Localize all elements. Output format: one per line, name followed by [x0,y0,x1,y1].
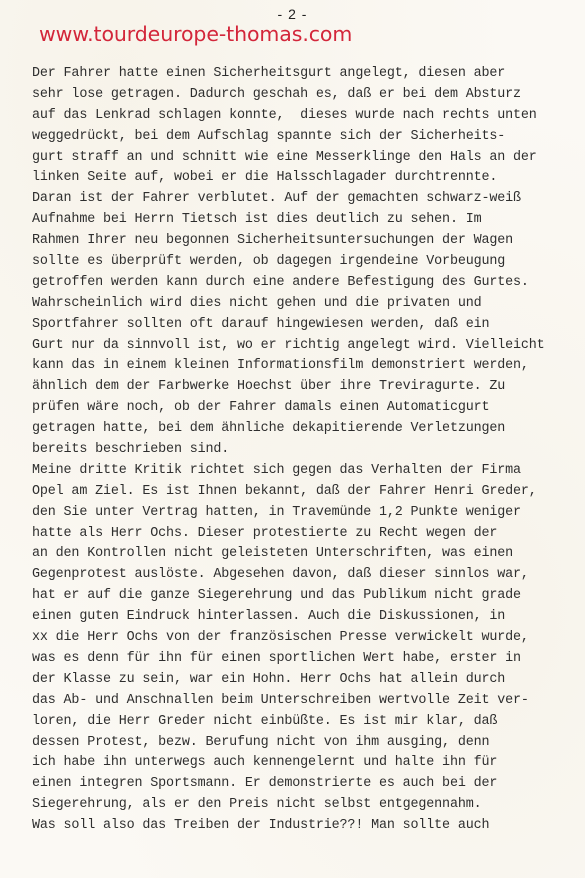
typewritten-letter-body: Der Fahrer hatte einen Sicherheitsgurt a… [32,64,572,837]
text-line: hatte als Herr Ochs. Dieser protestierte… [32,524,572,545]
text-line: Gegenprotest auslöste. Abgesehen davon, … [32,565,572,586]
text-line: bereits beschrieben sind. [32,440,572,461]
text-line: Rahmen Ihrer neu begonnen Sicherheitsunt… [32,231,572,252]
text-line: dessen Protest, bezw. Berufung nicht von… [32,733,572,754]
text-line: Aufnahme bei Herrn Tietsch ist dies deut… [32,210,572,231]
text-line: Wahrscheinlich wird dies nicht gehen und… [32,294,572,315]
text-line: getroffen werden kann durch eine andere … [32,273,572,294]
text-line: Opel am Ziel. Es ist Ihnen bekannt, daß … [32,482,572,503]
text-line: der Klasse zu sein, war ein Hohn. Herr O… [32,670,572,691]
text-line: den Sie unter Vertrag hatten, in Travemü… [32,503,572,524]
page-number: - 2 - [0,6,585,22]
text-line: an den Kontrollen nicht geleisteten Unte… [32,544,572,565]
document-page: - 2 - www.tourdeurope-thomas.com Der Fah… [0,0,585,878]
text-line: Daran ist der Fahrer verblutet. Auf der … [32,189,572,210]
text-line: was es denn für ihn für einen sportliche… [32,649,572,670]
text-line: hat er auf die ganze Siegerehrung und da… [32,586,572,607]
text-line: sollte es überprüft werden, ob dagegen i… [32,252,572,273]
text-line: Siegerehrung, als er den Preis nicht sel… [32,795,572,816]
text-line: weggedrückt, bei dem Aufschlag spannte s… [32,127,572,148]
text-line: Was soll also das Treiben der Industrie?… [32,816,572,837]
text-line: Der Fahrer hatte einen Sicherheitsgurt a… [32,64,572,85]
text-line: das Ab- und Anschnallen beim Unterschrei… [32,691,572,712]
text-line: kann das in einem kleinen Informationsfi… [32,356,572,377]
text-line: ich habe ihn unterwegs auch kennengelern… [32,753,572,774]
text-line: einen integren Sportsmann. Er demonstrie… [32,774,572,795]
text-line: getragen hatte, bei dem ähnliche dekapit… [32,419,572,440]
text-line: linken Seite auf, wobei er die Halsschla… [32,168,572,189]
text-line: Meine dritte Kritik richtet sich gegen d… [32,461,572,482]
text-line: ähnlich dem der Farbwerke Hoechst über i… [32,377,572,398]
watermark-url: www.tourdeurope-thomas.com [39,22,352,46]
text-line: xx die Herr Ochs von der französischen P… [32,628,572,649]
text-line: loren, die Herr Greder nicht einbüßte. E… [32,712,572,733]
text-line: Sportfahrer sollten oft darauf hingewies… [32,315,572,336]
text-line: gurt straff an und schnitt wie eine Mess… [32,148,572,169]
text-line: Gurt nur da sinnvoll ist, wo er richtig … [32,336,572,357]
text-line: auf das Lenkrad schlagen konnte, dieses … [32,106,572,127]
text-line: prüfen wäre noch, ob der Fahrer damals e… [32,398,572,419]
text-line: sehr lose getragen. Dadurch geschah es, … [32,85,572,106]
text-line: einen guten Eindruck hinterlassen. Auch … [32,607,572,628]
